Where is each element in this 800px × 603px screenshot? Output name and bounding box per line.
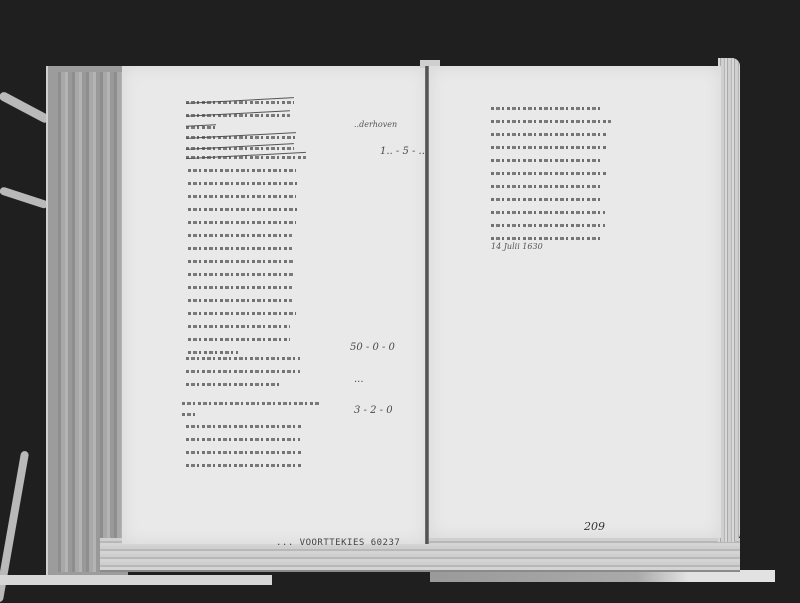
handwriting-line [186,378,280,388]
page-stack-left-edge [58,72,128,572]
handwriting-line [188,164,296,174]
handwriting-line [491,141,607,151]
handwriting-line [188,281,292,291]
margin-note: ..derhoven [354,120,397,129]
handwriting-line [186,433,300,443]
amount: ... [354,374,364,385]
handwriting-line [491,219,605,229]
handwriting-line [186,459,302,469]
handwriting-line [186,151,306,161]
handwriting-line [188,294,292,304]
handwriting-line [491,180,603,190]
handwriting-line [186,109,290,119]
handwriting-line [188,307,296,317]
handwriting-line [188,229,292,239]
handwriting-line [491,154,603,164]
handwriting-line [182,397,320,407]
handwriting-line [491,128,607,138]
handwriting-line [188,268,294,278]
date-fragment: 14 Julii 1630 [491,242,543,251]
page-stack-right-edge [718,58,740,542]
handwriting-line [491,193,603,203]
handwriting-line [188,333,290,343]
handwriting-line [182,408,198,418]
handwriting-line [186,446,302,456]
handwriting-line [491,115,611,125]
handwriting-line [188,242,292,252]
ribbon-tie-middle [0,186,49,209]
handwriting-line [491,206,605,216]
cover-slip-bottom-left [0,575,272,585]
handwriting-line [491,232,603,242]
folio-number: 209 [584,520,605,533]
amount: 3 - 2 - 0 [354,405,393,416]
amount: 1.. - 5 - .. [380,146,425,157]
amount: 50 - 0 - 0 [350,342,395,353]
handwriting-line [186,352,300,362]
handwriting-line [188,320,290,330]
book-gutter [425,66,429,544]
handwriting-line [186,131,296,141]
handwriting-line [188,203,300,213]
right-page: 14 Julii 1630 [429,66,721,538]
archive-label: ... VOORTTEKIES 60237 [276,538,400,548]
handwriting-line [491,167,607,177]
ribbon-tie-upper [0,91,51,125]
handwriting-line [188,255,294,265]
handwriting-line [491,102,603,112]
handwriting-line [186,420,302,430]
handwriting-line [188,190,296,200]
handwriting-line [186,121,216,131]
left-page: ..derhoven 1.. - 5 - .. 50 - 0 - 0 ... 3… [122,66,427,544]
handwriting-line [188,216,296,226]
handwriting-line [188,177,298,187]
handwriting-line [186,365,300,375]
handwriting-line [186,96,294,106]
